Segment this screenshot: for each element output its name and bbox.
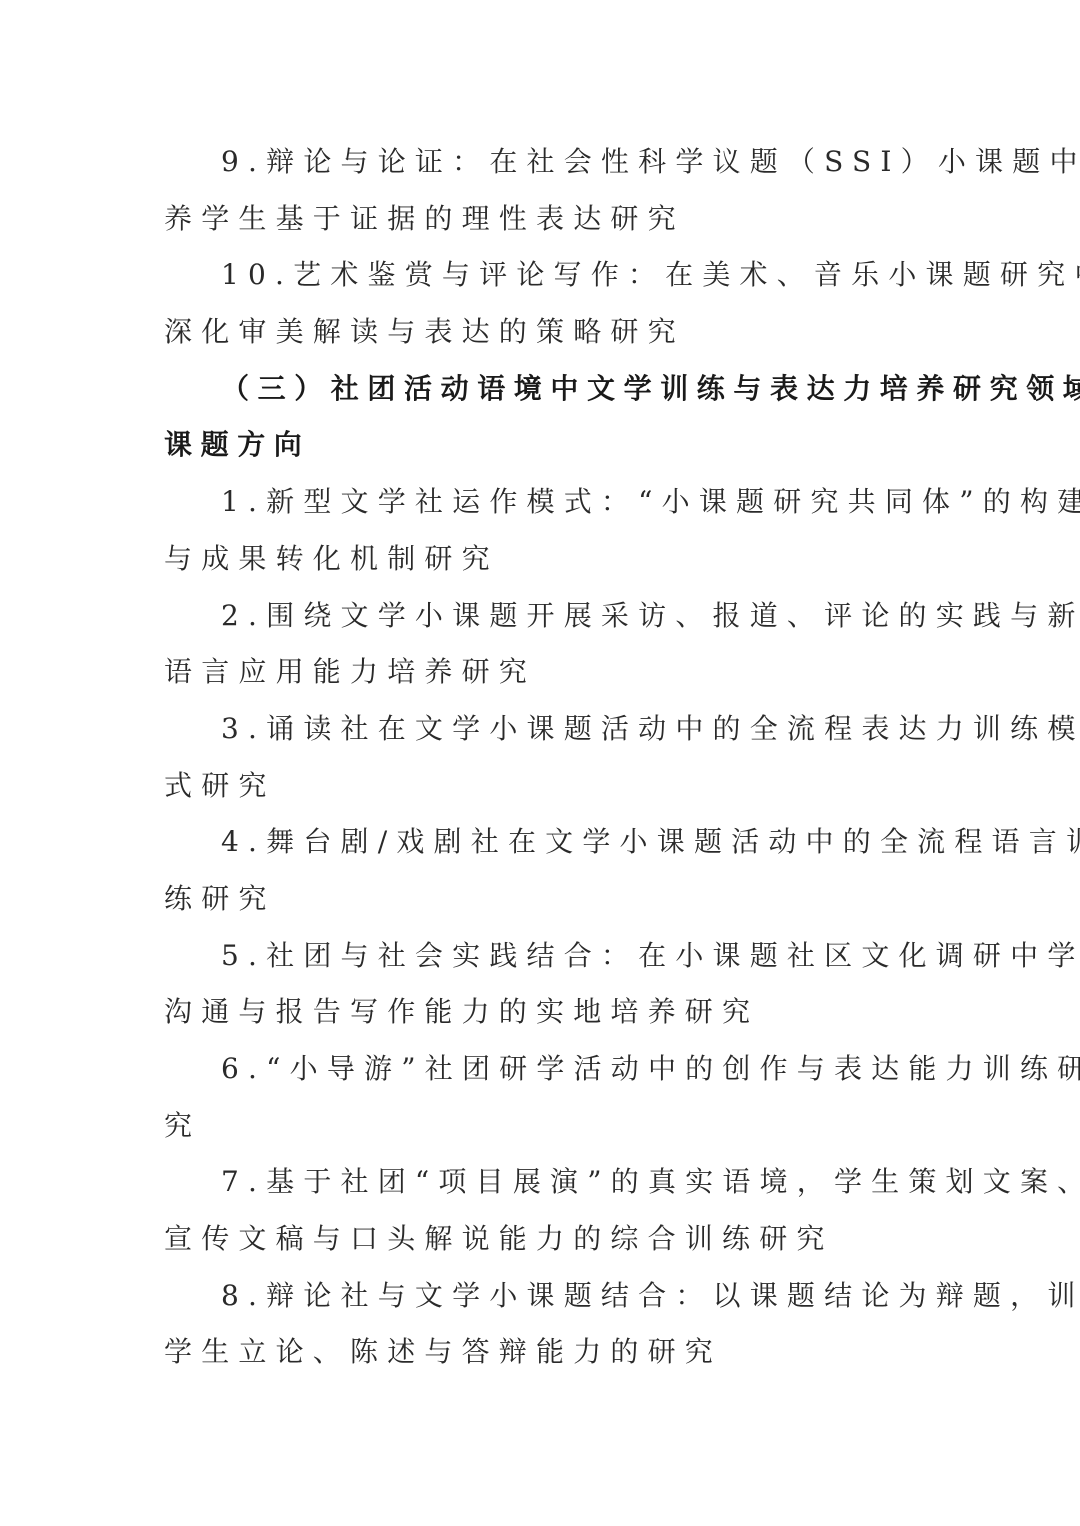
item-2-line-1: 2.围绕文学小课题开展采访、报道、评论的实践与新闻 <box>164 594 924 651</box>
item-5-line-2: 沟通与报告写作能力的实地培养研究 <box>164 990 924 1047</box>
list-item-2: 2.围绕文学小课题开展采访、报道、评论的实践与新闻 语言应用能力培养研究 <box>164 594 924 707</box>
section-heading: （三）社团活动语境中文学训练与表达力培养研究领域的 课题方向 <box>164 367 924 480</box>
document-page: 9.辩论与论证：在社会性科学议题（SSI）小课题中培 养学生基于证据的理性表达研… <box>0 0 1080 1526</box>
list-item-1: 1.新型文学社运作模式：“小课题研究共同体”的构建 与成果转化机制研究 <box>164 480 924 593</box>
list-item-7: 7.基于社团“项目展演”的真实语境，学生策划文案、 宣传文稿与口头解说能力的综合… <box>164 1160 924 1273</box>
item-8-line-1: 8.辩论社与文学小课题结合：以课题结论为辩题，训练 <box>164 1274 924 1331</box>
list-item-6: 6.“小导游”社团研学活动中的创作与表达能力训练研 究 <box>164 1047 924 1160</box>
item-3-line-1: 3.诵读社在文学小课题活动中的全流程表达力训练模 <box>164 707 924 764</box>
list-item-9: 9.辩论与论证：在社会性科学议题（SSI）小课题中培 养学生基于证据的理性表达研… <box>164 140 924 253</box>
list-item-5: 5.社团与社会实践结合：在小课题社区文化调研中学生 沟通与报告写作能力的实地培养… <box>164 934 924 1047</box>
item-9-line-1: 9.辩论与论证：在社会性科学议题（SSI）小课题中培 <box>164 140 924 197</box>
list-item-3: 3.诵读社在文学小课题活动中的全流程表达力训练模 式研究 <box>164 707 924 820</box>
item-6-line-2: 究 <box>164 1104 924 1161</box>
item-10-line-2: 深化审美解读与表达的策略研究 <box>164 310 924 367</box>
item-1-line-1: 1.新型文学社运作模式：“小课题研究共同体”的构建 <box>164 480 924 537</box>
item-4-line-1: 4.舞台剧/戏剧社在文学小课题活动中的全流程语言训 <box>164 820 924 877</box>
item-9-line-2: 养学生基于证据的理性表达研究 <box>164 197 924 254</box>
item-2-line-2: 语言应用能力培养研究 <box>164 650 924 707</box>
item-8-line-2: 学生立论、陈述与答辩能力的研究 <box>164 1330 924 1387</box>
item-6-line-1: 6.“小导游”社团研学活动中的创作与表达能力训练研 <box>164 1047 924 1104</box>
item-5-line-1: 5.社团与社会实践结合：在小课题社区文化调研中学生 <box>164 934 924 991</box>
section-heading-line-2: 课题方向 <box>164 423 924 480</box>
item-7-line-1: 7.基于社团“项目展演”的真实语境，学生策划文案、 <box>164 1160 924 1217</box>
list-item-8: 8.辩论社与文学小课题结合：以课题结论为辩题，训练 学生立论、陈述与答辩能力的研… <box>164 1274 924 1387</box>
document-body: 9.辩论与论证：在社会性科学议题（SSI）小课题中培 养学生基于证据的理性表达研… <box>164 140 924 1387</box>
item-1-line-2: 与成果转化机制研究 <box>164 537 924 594</box>
item-4-line-2: 练研究 <box>164 877 924 934</box>
list-item-4: 4.舞台剧/戏剧社在文学小课题活动中的全流程语言训 练研究 <box>164 820 924 933</box>
item-7-line-2: 宣传文稿与口头解说能力的综合训练研究 <box>164 1217 924 1274</box>
item-3-line-2: 式研究 <box>164 764 924 821</box>
item-10-line-1: 10.艺术鉴赏与评论写作：在美术、音乐小课题研究中 <box>164 253 924 310</box>
section-heading-line-1: （三）社团活动语境中文学训练与表达力培养研究领域的 <box>164 367 924 424</box>
list-item-10: 10.艺术鉴赏与评论写作：在美术、音乐小课题研究中 深化审美解读与表达的策略研究 <box>164 253 924 366</box>
